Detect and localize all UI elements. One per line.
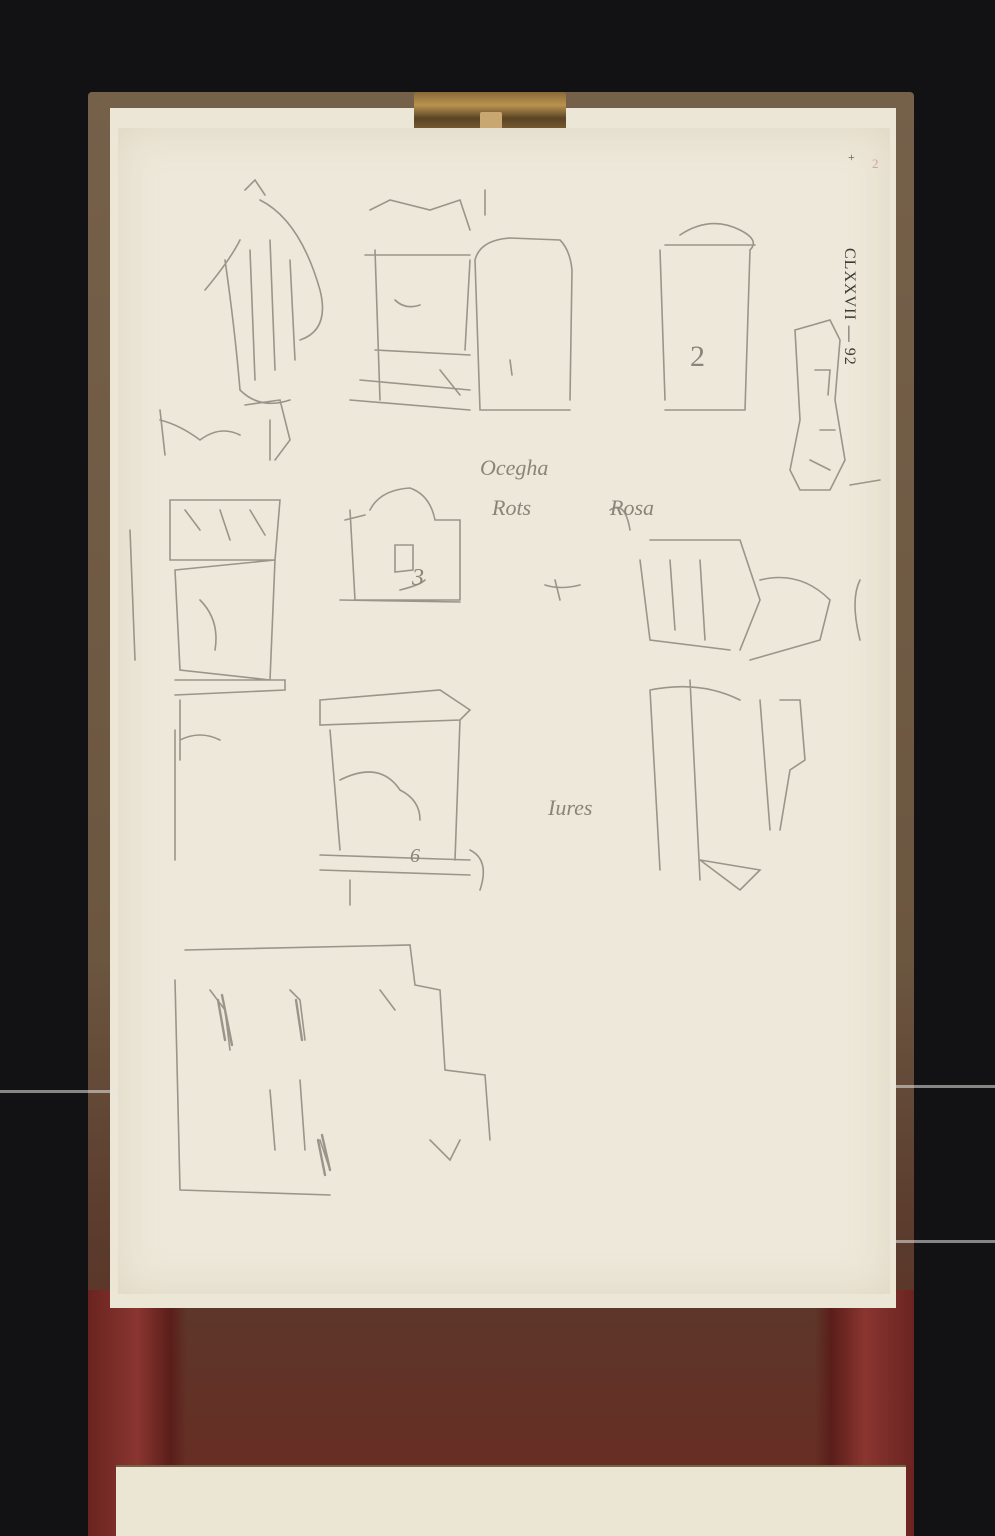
sketch-number-6: 6 (410, 845, 420, 868)
sketch-number-2: 2 (690, 340, 705, 374)
inscription-2: Rots (492, 495, 531, 521)
inscription-1: Ocegha (480, 455, 548, 481)
inscription-4: Iures (548, 795, 592, 821)
sketch-number-3: 3 (412, 565, 424, 592)
pencil-sketches (0, 0, 995, 1536)
inscription-3: Rosa (610, 495, 654, 521)
